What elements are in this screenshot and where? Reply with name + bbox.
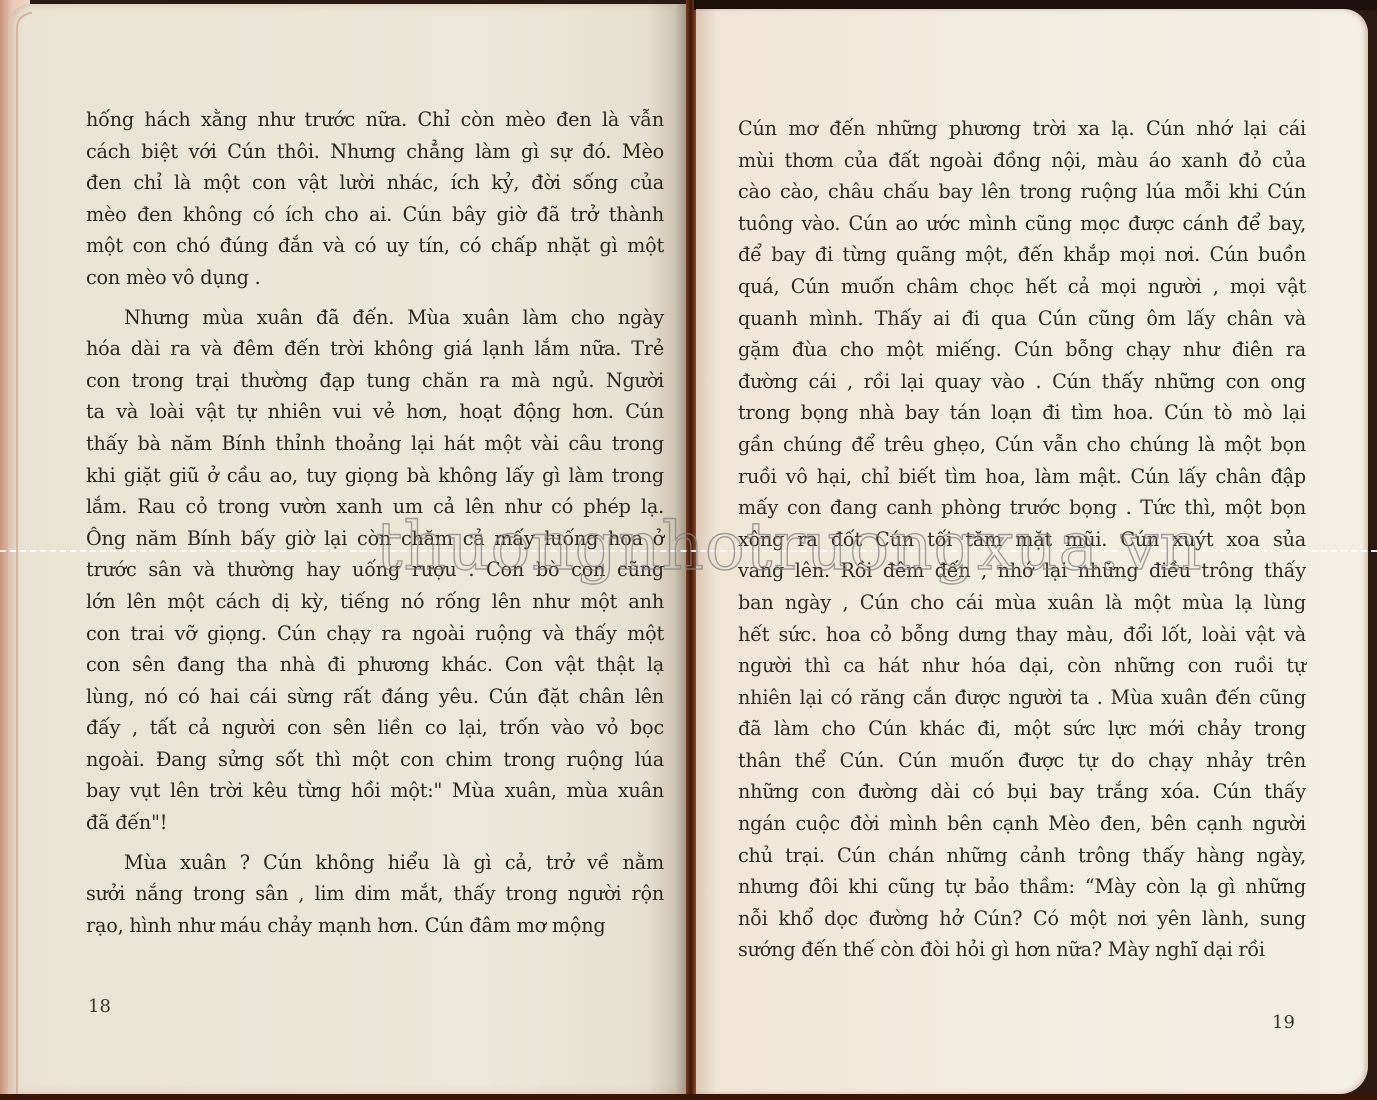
text-line: Cún mơ đến những phương trời xa lạ. Cún … <box>738 113 1306 145</box>
text-line: chủ trại. Cún chán những cảnh trông thấy… <box>738 840 1306 872</box>
text-line: rạo, hình như máu chảy mạnh hơn. Cún đâm… <box>86 910 664 942</box>
text-line: ngán cuộc đời mình bên cạnh Mèo đen, bên… <box>738 808 1306 840</box>
text-line: cách biệt với Cún thôi. Nhưng chẳng làm … <box>86 136 664 168</box>
text-line: thân thể Cún. Cún muốn được tự do chạy n… <box>738 745 1306 777</box>
text-line: ta và loài vật tự nhiên vui vẻ hơn, hoạt… <box>86 396 664 428</box>
text-line: Nhưng mùa xuân đã đến. Mùa xuân làm cho … <box>86 302 664 334</box>
text-line: trong bọng nhà bay tán loạn đi tìm hoa. … <box>738 397 1306 429</box>
text-line: nhiên lại có răng cắn được người ta . Mù… <box>738 682 1306 714</box>
text-line: cào cào, châu chấu bay lên trong ruộng l… <box>738 176 1306 208</box>
text-line: gặm đùa cho một miếng. Cún bỗng chạy như… <box>738 334 1306 366</box>
text-line: sưởi nắng trong sân , lim dim mắt, thấy … <box>86 878 664 910</box>
paragraph-gap <box>86 294 664 302</box>
scan-background-bottom <box>0 1094 1377 1100</box>
text-line: đấy , tất cả người con sên liền co lại, … <box>86 712 664 744</box>
text-line: sướng đến thế còn đòi hỏi gì hơn nữa? Mà… <box>738 934 1306 966</box>
text-line: con trai vỡ giọng. Cún chạy ra ngoài ruộ… <box>86 618 664 650</box>
text-line: ban ngày , Cún cho cái mùa xuân là một m… <box>738 587 1306 619</box>
text-line: những con đường dài có bụi bay trắng xóa… <box>738 776 1306 808</box>
text-line: quá, Cún muốn châm chọc hết cả mọi người… <box>738 271 1306 303</box>
text-line: đường cái , rồi lại quay vào . Cún thấy … <box>738 366 1306 398</box>
text-line: đã làm cho Cún khác đi, một sức lực mới … <box>738 713 1306 745</box>
page-number-right: 19 <box>1272 1012 1295 1033</box>
text-line: đen chỉ là một con vật lười nhác, ích kỷ… <box>86 167 664 199</box>
text-line: hóa dài ra và đêm đến trời không giá lạn… <box>86 333 664 365</box>
book-spread: hống hách xằng như trước nữa. Chỉ còn mè… <box>0 0 1377 1100</box>
text-line: tuông vào. Cún ao ước mình cũng mọc được… <box>738 208 1306 240</box>
text-line: nỗi khổ dọc đường hở Cún? Có một nơi yên… <box>738 903 1306 935</box>
text-line: lùng, nó có hai cái sừng rất đáng yêu. C… <box>86 681 664 713</box>
text-line: người thì ca hát như hóa dại, còn những … <box>738 650 1306 682</box>
text-line: đã đến"! <box>86 807 664 839</box>
text-line: bay vụt lên trời kêu từng hồi một:" Mùa … <box>86 775 664 807</box>
paragraph-gap <box>86 839 664 847</box>
text-line: con trong trại thường đạp tung chăn ra m… <box>86 365 664 397</box>
text-line: ruồi vô hại, chỉ biết tìm hoa, làm mật. … <box>738 461 1306 493</box>
text-line: con mèo vô dụng . <box>86 262 664 294</box>
page-number-left: 18 <box>88 996 111 1017</box>
paragraph: hống hách xằng như trước nữa. Chỉ còn mè… <box>86 104 664 294</box>
text-line: hống hách xằng như trước nữa. Chỉ còn mè… <box>86 104 664 136</box>
text-line: con sên đang tha nhà đi phương khác. Con… <box>86 649 664 681</box>
text-line: gần chúng để trêu ghẹo, Cún vẫn cho chún… <box>738 429 1306 461</box>
text-line: quanh mình. Thấy ai đi qua Cún cũng ôm l… <box>738 303 1306 335</box>
paragraph: Mùa xuân ? Cún không hiểu là gì cả, trở … <box>86 847 664 942</box>
text-line: khi giặt giũ ở cầu ao, tuy giọng bà khôn… <box>86 460 664 492</box>
text-line: Mùa xuân ? Cún không hiểu là gì cả, trở … <box>86 847 664 879</box>
text-line: ngoài. Đang sửng sốt thì một con chim tr… <box>86 744 664 776</box>
text-line: lớn lên một cách dị kỳ, tiếng nó rống lê… <box>86 586 664 618</box>
text-line: thấy bà năm Bính thỉnh thoảng lại hát mộ… <box>86 428 664 460</box>
text-line: hết sức. hoa cỏ bỗng dưng thay màu, đổi … <box>738 619 1306 651</box>
text-line: mèo đen không có ích cho ai. Cún bây giờ… <box>86 199 664 231</box>
text-line: mùi thơm của đất ngoài đồng nội, màu áo … <box>738 145 1306 177</box>
text-line: nhưng đôi khi cũng tự bảo thầm: “Mày còn… <box>738 871 1306 903</box>
text-line: một con chó đúng đắn và có uy tín, có ch… <box>86 230 664 262</box>
text-line: để bay đi từng quãng một, đến khắp mọi n… <box>738 239 1306 271</box>
watermark: thuongnhotruongxua.vn <box>376 508 1203 585</box>
